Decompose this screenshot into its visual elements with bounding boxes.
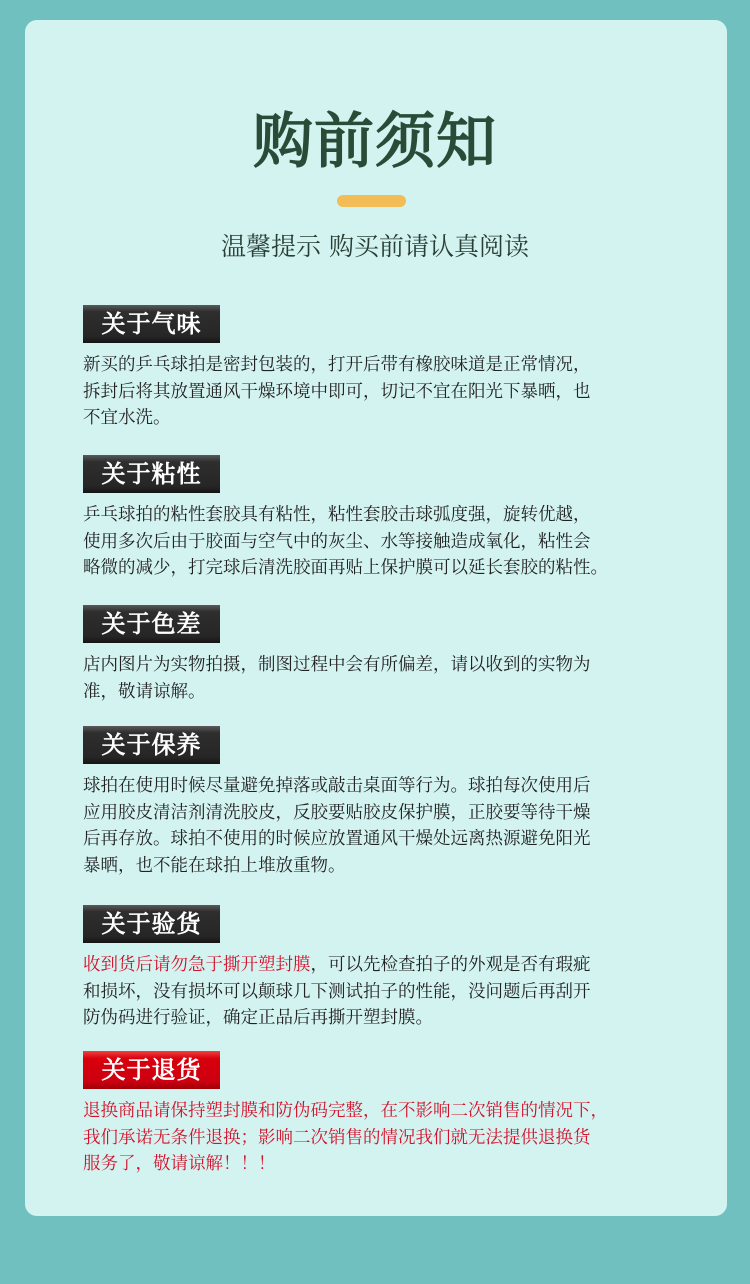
section-tackiness: 关于粘性 乒乓球拍的粘性套胶具有粘性，粘性套胶击球弧度强，旋转优越， 使用多次后… — [83, 455, 683, 582]
page-subtitle: 温馨提示 购买前请认真阅读 — [0, 230, 750, 264]
section-text-color-difference: 店内图片为实物拍摄，制图过程中会有所偏差，请以收到的实物为 准，敬请谅解。 — [83, 652, 683, 705]
section-text-inspection: 收到货后请勿急于撕开塑封膜，可以先检查拍子的外观是否有瑕疵 和损坏，没有损坏可以… — [83, 952, 683, 1032]
section-label-tackiness: 关于粘性 — [83, 455, 220, 493]
section-smell: 关于气味 新买的乒乓球拍是密封包装的，打开后带有橡胶味道是正常情况， 拆封后将其… — [83, 305, 683, 432]
section-returns: 关于退货 退换商品请保持塑封膜和防伪码完整，在不影响二次销售的情况下， 我们承诺… — [83, 1051, 683, 1178]
section-text-tackiness: 乒乓球拍的粘性套胶具有粘性，粘性套胶击球弧度强，旋转优越， 使用多次后由于胶面与… — [83, 502, 683, 582]
section-color-difference: 关于色差 店内图片为实物拍摄，制图过程中会有所偏差，请以收到的实物为 准，敬请谅… — [83, 605, 683, 705]
page-title: 购前须知 — [0, 106, 750, 178]
section-label-inspection: 关于验货 — [83, 905, 220, 943]
section-label-returns: 关于退货 — [83, 1051, 220, 1089]
section-maintenance: 关于保养 球拍在使用时候尽量避免掉落或敲击桌面等行为。球拍每次使用后 应用胶皮清… — [83, 726, 683, 879]
section-text-smell: 新买的乒乓球拍是密封包装的，打开后带有橡胶味道是正常情况， 拆封后将其放置通风干… — [83, 352, 683, 432]
section-label-maintenance: 关于保养 — [83, 726, 220, 764]
section-inspection: 关于验货 收到货后请勿急于撕开塑封膜，可以先检查拍子的外观是否有瑕疵 和损坏，没… — [83, 905, 683, 1032]
section-label-smell: 关于气味 — [83, 305, 220, 343]
inspection-warning-highlight: 收到货后请勿急于撕开塑封膜 — [83, 955, 311, 975]
section-text-maintenance: 球拍在使用时候尽量避免掉落或敲击桌面等行为。球拍每次使用后 应用胶皮清洁剂清洗胶… — [83, 773, 683, 879]
section-text-returns: 退换商品请保持塑封膜和防伪码完整，在不影响二次销售的情况下， 我们承诺无条件退换… — [83, 1098, 683, 1178]
title-accent-bar — [337, 195, 406, 207]
section-label-color-difference: 关于色差 — [83, 605, 220, 643]
